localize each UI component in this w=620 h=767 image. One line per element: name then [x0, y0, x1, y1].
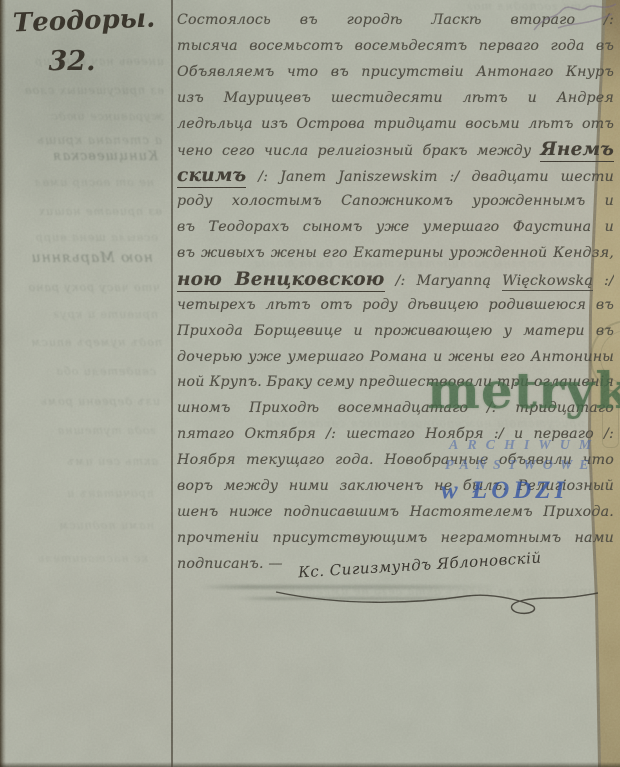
bleedthrough-line: Кинцшевская	[28, 149, 158, 164]
bleedthrough-line: привитв и круг	[4, 308, 158, 321]
bleedthrough-line: журавинсе июдс	[6, 110, 164, 123]
record-line: изъ Маурицевъ шестидесяти лѣтъ и Андрея …	[177, 86, 614, 112]
margin-name-header: Теодоры.	[12, 3, 157, 38]
margin-rule	[171, 0, 173, 767]
watermark-archive-line2: PAŃSTWOWE	[445, 458, 596, 474]
watermark-archive-line1: ARCHIWUM	[449, 438, 600, 454]
record-line: скимъ /: Janem Janiszewskim :/ двадцати …	[177, 163, 614, 189]
record-line: четырехъ лѣтъ отъ роду дѣвицею родившеюс…	[177, 293, 614, 319]
bleedthrough-line: не от воспр имвл	[4, 176, 154, 189]
watermark-archive-line3: w ŁODZI	[441, 477, 568, 505]
record-line: чено сего числа религіозный бракъ между …	[177, 137, 614, 163]
signature-flourish	[272, 576, 602, 618]
bleedthrough-line: нами подписм	[4, 519, 154, 532]
watermark-metryki: metryki.gen	[427, 361, 620, 420]
bleedthrough-line: ною Марьянни	[8, 250, 153, 266]
bleedthrough-line: вз присушешых слов	[2, 84, 164, 97]
record-line: ледѣльца изъ Острова тридцати восьми лѣт…	[177, 112, 614, 138]
act-number: 32.	[8, 46, 136, 77]
record-line: тысяча восемьсотъ восемьдесятъ перваго г…	[177, 34, 614, 60]
bleedthrough-line: а степана кришь	[2, 133, 162, 147]
record-line: въ Теодорахъ сыномъ уже умершаго Фаустин…	[177, 215, 614, 241]
bleedthrough-line: изъ деревни ромь	[2, 395, 160, 408]
binding-edge	[0, 0, 6, 767]
bleedthrough-line: кс наставитель	[8, 552, 148, 565]
bleedthrough-line: прочитанъ и	[6, 487, 154, 500]
record-line: Прихода Борщевице и проживающею у матери…	[177, 319, 614, 345]
record-line: въ живыхъ жены его Екатерины урожденной …	[177, 241, 614, 267]
record-line: ною Венцковскою /: Maryanną Więckowską :…	[177, 267, 614, 293]
bleedthrough-line: акть сей имъ	[2, 455, 158, 468]
bleedthrough-line: что часу року рано	[2, 281, 160, 294]
bleedthrough-line: подъ нумеръ вписм	[2, 336, 162, 349]
record-line: роду холостымъ Сапожникомъ урожденнымъ и…	[177, 189, 614, 215]
bottom-edge	[0, 762, 620, 767]
record-line: прочтеніи присутствующимъ неграмотнымъ н…	[177, 526, 614, 552]
bleedthrough-line: свидетели оба	[6, 365, 156, 378]
bleedthrough-line: года тутешна	[4, 424, 156, 437]
record-line: Объявляемъ что въ присутствіи Антонаго К…	[177, 60, 614, 86]
corner-scribble	[528, 0, 620, 34]
document-page: лѣта господня тогинеевь нач винширвз при…	[0, 0, 620, 767]
bleedthrough-line: вз привате наших	[2, 205, 162, 218]
bleedthrough-line: освыла шена вирр	[8, 231, 158, 244]
